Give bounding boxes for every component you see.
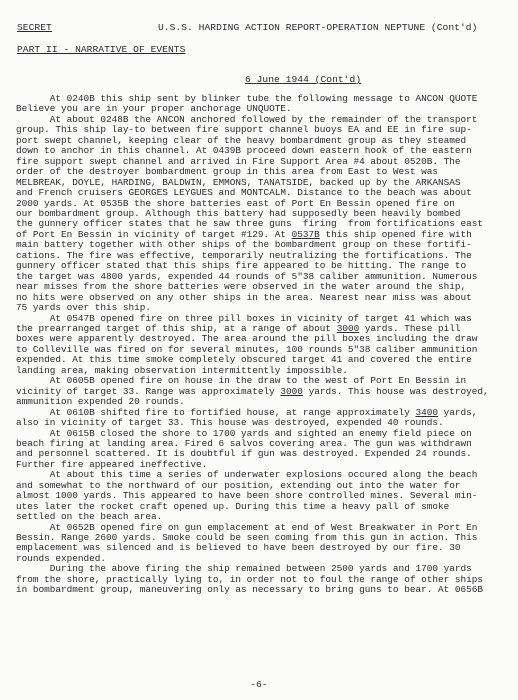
narrative-body: At 0240B this ship sent by blinker tube … (16, 94, 506, 596)
document-page: SECRET U.S.S. HARDING ACTION REPORT-OPER… (0, 0, 518, 700)
page-number: -6- (0, 679, 518, 690)
classification-label: SECRET (17, 22, 52, 33)
check-mark-icon: ✓ (16, 583, 20, 592)
text-line: 75 yards over this ship. (16, 303, 506, 313)
report-title: U.S.S. HARDING ACTION REPORT-OPERATION N… (158, 22, 477, 33)
text-line: settled on the beach area. (16, 512, 506, 522)
section-heading: PART II - NARRATIVE OF EVENTS (17, 44, 185, 55)
text-line: and French cruisers GEORGES LEYGUES and … (16, 188, 506, 198)
text-line: in bombardment group, maneuvering only a… (16, 585, 506, 595)
text-line: also in vicinity of target 33. This hous… (16, 418, 506, 428)
date-heading: 6 June 1944 (Cont'd) (245, 74, 361, 85)
